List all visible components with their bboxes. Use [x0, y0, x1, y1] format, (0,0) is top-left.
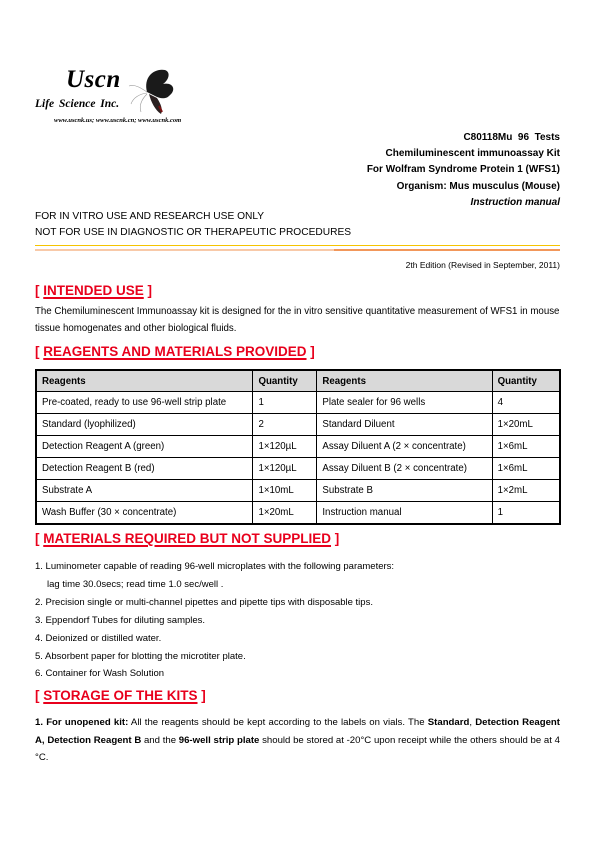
table-row: Standard (lyophilized)2Standard Diluent1…: [36, 414, 560, 436]
storage-text-part: All the reagents should be kept accordin…: [128, 717, 428, 728]
quantity-cell: 1: [253, 392, 317, 414]
list-item: 2. Precision single or multi-channel pip…: [35, 594, 394, 612]
section-heading-reagents: [ REAGENTS AND MATERIALS PROVIDED ]: [35, 344, 315, 359]
reagent-cell: Wash Buffer (30 × concentrate): [36, 502, 253, 525]
list-item: 5. Absorbent paper for blotting the micr…: [35, 648, 394, 666]
reagent-cell: Standard (lyophilized): [36, 414, 253, 436]
table-row: Substrate A1×10mLSubstrate B1×2mL: [36, 480, 560, 502]
reagent-cell: Assay Diluent B (2 × concentrate): [317, 458, 492, 480]
disclaimer-line-1: FOR IN VITRO USE AND RESEARCH USE ONLY: [35, 209, 351, 225]
quantity-cell: 2: [253, 414, 317, 436]
divider-yellow: [35, 245, 560, 246]
catalog-number: C80118Mu 96 Tests: [367, 130, 560, 146]
section-heading-intended-use: [ INTENDED USE ]: [35, 283, 152, 298]
reagent-cell: Detection Reagent B (red): [36, 458, 253, 480]
reagent-cell: Substrate A: [36, 480, 253, 502]
section-title: MATERIALS REQUIRED BUT NOT SUPPLIED: [43, 531, 331, 546]
quantity-cell: 1×120µL: [253, 436, 317, 458]
kit-target: For Wolfram Syndrome Protein 1 (WFS1): [367, 162, 560, 178]
reagent-cell: Standard Diluent: [317, 414, 492, 436]
quantity-cell: 1×120µL: [253, 458, 317, 480]
header-reagents: Reagents: [36, 370, 253, 392]
kit-header: C80118Mu 96 Tests Chemiluminescent immun…: [367, 130, 560, 211]
section-heading-materials: [ MATERIALS REQUIRED BUT NOT SUPPLIED ]: [35, 531, 339, 546]
quantity-cell: 1×2mL: [492, 480, 560, 502]
header-quantity: Quantity: [253, 370, 317, 392]
quantity-cell: 1: [492, 502, 560, 525]
reagents-table: Reagents Quantity Reagents Quantity Pre-…: [35, 369, 561, 525]
storage-bold: Standard: [428, 717, 470, 728]
reagent-cell: Substrate B: [317, 480, 492, 502]
quantity-cell: 1×20mL: [253, 502, 317, 525]
list-item: 1. Luminometer capable of reading 96-wel…: [35, 558, 394, 576]
reagent-cell: Detection Reagent A (green): [36, 436, 253, 458]
reagent-cell: Pre-coated, ready to use 96-well strip p…: [36, 392, 253, 414]
section-title: INTENDED USE: [43, 283, 144, 298]
quantity-cell: 1×6mL: [492, 458, 560, 480]
section-title: REAGENTS AND MATERIALS PROVIDED: [43, 344, 306, 359]
reagent-cell: Assay Diluent A (2 × concentrate): [317, 436, 492, 458]
reagent-cell: Instruction manual: [317, 502, 492, 525]
storage-bold: 96-well strip plate: [179, 735, 260, 746]
table-header-row: Reagents Quantity Reagents Quantity: [36, 370, 560, 392]
list-item: 6. Container for Wash Solution: [35, 665, 394, 683]
table-row: Wash Buffer (30 × concentrate)1×20mLInst…: [36, 502, 560, 525]
section-title: STORAGE OF THE KITS: [43, 688, 197, 703]
disclaimer-line-2: NOT FOR USE IN DIAGNOSTIC OR THERAPEUTIC…: [35, 225, 351, 241]
quantity-cell: 4: [492, 392, 560, 414]
list-item: 3. Eppendorf Tubes for diluting samples.: [35, 612, 394, 630]
doc-type: Instruction manual: [367, 195, 560, 211]
reagent-cell: Plate sealer for 96 wells: [317, 392, 492, 414]
header-quantity: Quantity: [492, 370, 560, 392]
logo-title: Uscn: [66, 66, 121, 94]
storage-text: 1. For unopened kit: All the reagents sh…: [35, 714, 560, 767]
section-heading-storage: [ STORAGE OF THE KITS ]: [35, 688, 206, 703]
header-reagents: Reagents: [317, 370, 492, 392]
quantity-cell: 1×20mL: [492, 414, 560, 436]
materials-list: 1. Luminometer capable of reading 96-wel…: [35, 558, 394, 683]
storage-label: 1. For unopened kit:: [35, 717, 128, 728]
list-item: 4. Deionized or distilled water.: [35, 630, 394, 648]
quantity-cell: 1×10mL: [253, 480, 317, 502]
logo-subtitle: Life Science Inc.: [35, 98, 119, 110]
intended-use-text: The Chemiluminescent Immunoassay kit is …: [35, 303, 560, 337]
kit-type: Chemiluminescent immunoassay Kit: [367, 146, 560, 162]
table-row: Detection Reagent B (red)1×120µLAssay Di…: [36, 458, 560, 480]
divider-orange: [35, 249, 560, 251]
butterfly-icon: [125, 66, 177, 118]
edition-note: 2th Edition (Revised in September, 2011): [406, 260, 560, 270]
disclaimer: FOR IN VITRO USE AND RESEARCH USE ONLY N…: [35, 209, 351, 241]
storage-text-part: and the: [141, 735, 179, 746]
table-row: Pre-coated, ready to use 96-well strip p…: [36, 392, 560, 414]
table-row: Detection Reagent A (green)1×120µLAssay …: [36, 436, 560, 458]
organism: Organism: Mus musculus (Mouse): [367, 179, 560, 195]
logo-urls: www.uscnk.us; www.uscnk.cn; www.uscnk.co…: [54, 117, 181, 124]
list-item: lag time 30.0secs; read time 1.0 sec/wel…: [35, 576, 394, 594]
quantity-cell: 1×6mL: [492, 436, 560, 458]
